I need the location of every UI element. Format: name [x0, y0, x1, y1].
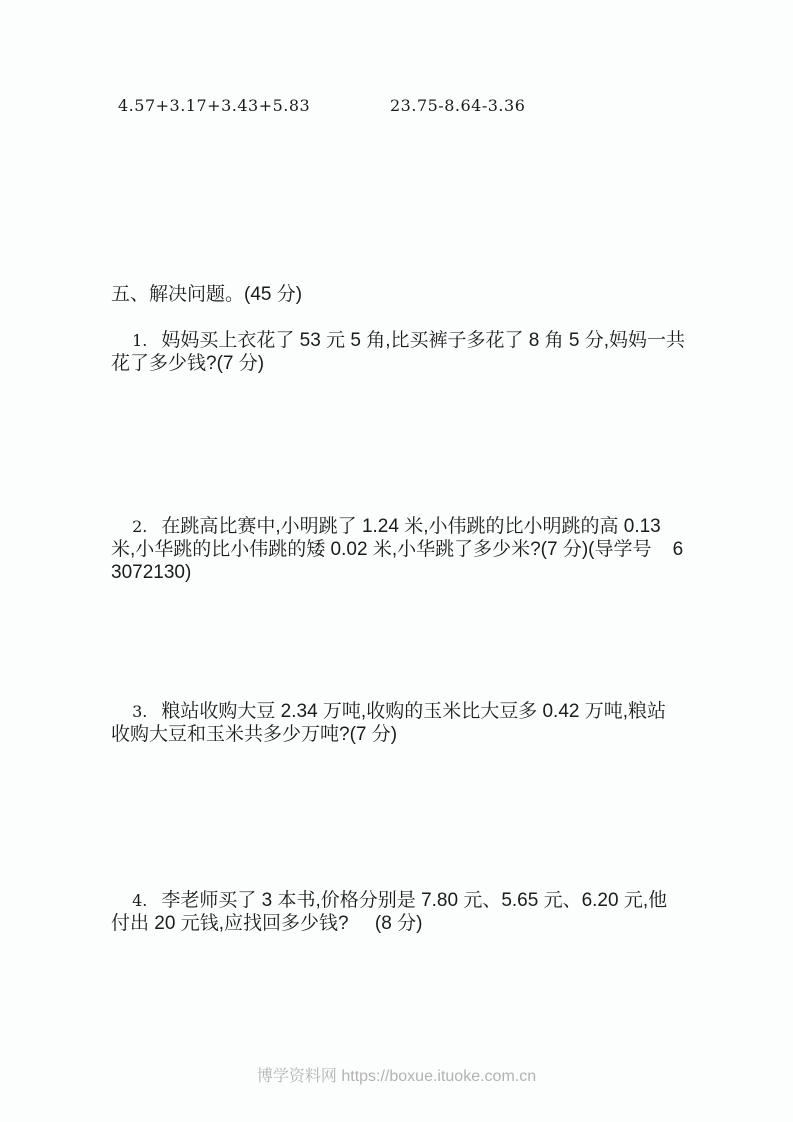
section-title: 五、解决问题。(45 分): [111, 283, 302, 306]
footer-site-name: 博学资料网: [257, 1068, 337, 1085]
question-3-number: 3.: [132, 702, 161, 721]
question-2-text: 在跳高比赛中,小明跳了 1.24 米,小伟跳的比小明跳的高 0.13 米,小华跳…: [111, 516, 683, 583]
question-2: 2.在跳高比赛中,小明跳了 1.24 米,小伟跳的比小明跳的高 0.13 米,小…: [111, 492, 685, 607]
question-1-text: 妈妈买上衣花了 53 元 5 角,比买裤子多花了 8 角 5 分,妈妈一共花了多…: [111, 330, 685, 374]
question-3: 3.粮站收购大豆 2.34 万吨,收购的玉米比大豆多 0.42 万吨,粮站收购大…: [111, 677, 685, 769]
question-4-number: 4.: [132, 891, 161, 910]
calc-expression-2: 23.75-8.64-3.36: [390, 96, 525, 115]
question-4: 4.李老师买了 3 本书,价格分别是 7.80 元、5.65 元、6.20 元,…: [111, 866, 685, 958]
calc-expression-1: 4.57+3.17+3.43+5.83: [118, 96, 310, 115]
question-1: 1.妈妈买上衣花了 53 元 5 角,比买裤子多花了 8 角 5 分,妈妈一共花…: [111, 306, 685, 398]
worksheet-page: 4.57+3.17+3.43+5.83 23.75-8.64-3.36 五、解决…: [0, 0, 793, 1122]
question-4-text: 李老师买了 3 本书,价格分别是 7.80 元、5.65 元、6.20 元,他付…: [111, 890, 667, 934]
footer-watermark: 博学资料网 https://boxue.ituoke.com.cn: [0, 1063, 793, 1086]
question-2-number: 2.: [132, 517, 161, 536]
question-1-number: 1.: [132, 331, 161, 350]
footer-url: https://boxue.ituoke.com.cn: [341, 1068, 536, 1085]
question-3-text: 粮站收购大豆 2.34 万吨,收购的玉米比大豆多 0.42 万吨,粮站收购大豆和…: [111, 701, 666, 745]
